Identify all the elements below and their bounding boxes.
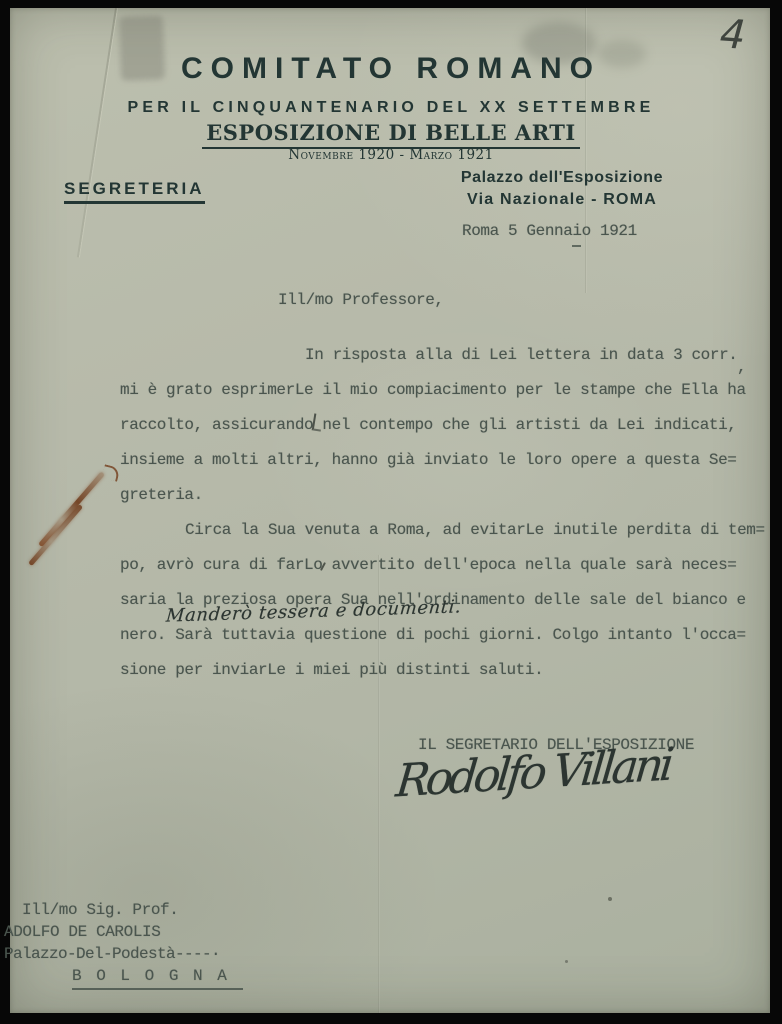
letterhead-address-line2: Via Nazionale - ROMA [430, 189, 694, 211]
body-line: raccolto, assicurando nel contempo che g… [120, 408, 760, 443]
letterhead-exhibition-title: ESPOSIZIONE DI BELLE ARTI [0, 120, 782, 149]
body-line: insieme a molti altri, hanno già inviato… [120, 443, 760, 478]
salutation: Ill/mo Professore, [278, 291, 444, 309]
ink-speck [565, 960, 568, 963]
letterhead-address-block: Palazzo dell'Esposizione Via Nazionale -… [430, 167, 694, 211]
ink-speck [608, 897, 612, 901]
recipient-city: B O L O G N A [72, 965, 243, 990]
body-line: Circa la Sua venuta a Roma, ad evitarLe … [120, 513, 760, 548]
letterhead-org-name: COMITATO ROMANO [0, 52, 782, 86]
recipient-line: Ill/mo Sig. Prof. [4, 899, 243, 921]
letterhead-address-line1: Palazzo dell'Esposizione [430, 167, 694, 189]
recipient-address-block: Ill/mo Sig. Prof. ADOLFO DE CAROLIS Pala… [4, 899, 243, 987]
body-line: sione per inviarLe i miei più distinti s… [120, 653, 760, 688]
recipient-name: ADOLFO DE CAROLIS [4, 921, 243, 943]
letterhead-office-label: SEGRETERIA [64, 179, 205, 204]
recipient-line: Palazzo-Del-Podestà----· [4, 943, 243, 965]
typed-underline-mark [572, 245, 581, 247]
letterhead-exhibition-dates: Novembre 1920 - Marzo 1921 [0, 147, 782, 163]
body-line: mi è grato esprimerLe il mio compiacimen… [120, 373, 760, 408]
typed-comma-correction: , [737, 358, 746, 376]
letterhead-exhibition-title-text: ESPOSIZIONE DI BELLE ARTI [202, 120, 579, 149]
body-line: greteria. [120, 478, 760, 513]
body-line: In risposta alla di Lei lettera in data … [120, 338, 760, 373]
scanned-letter-page: 4 COMITATO ROMANO PER IL CINQUANTENARIO … [0, 0, 782, 1024]
letterhead-org-subtitle: PER IL CINQUANTENARIO DEL XX SETTEMBRE [0, 99, 782, 117]
letter-body: In risposta alla di Lei lettera in data … [120, 338, 760, 688]
dateline: Roma 5 Gennaio 1921 [462, 222, 637, 240]
body-line: po, avrò cura di farLo avvertito dell'ep… [120, 548, 760, 583]
